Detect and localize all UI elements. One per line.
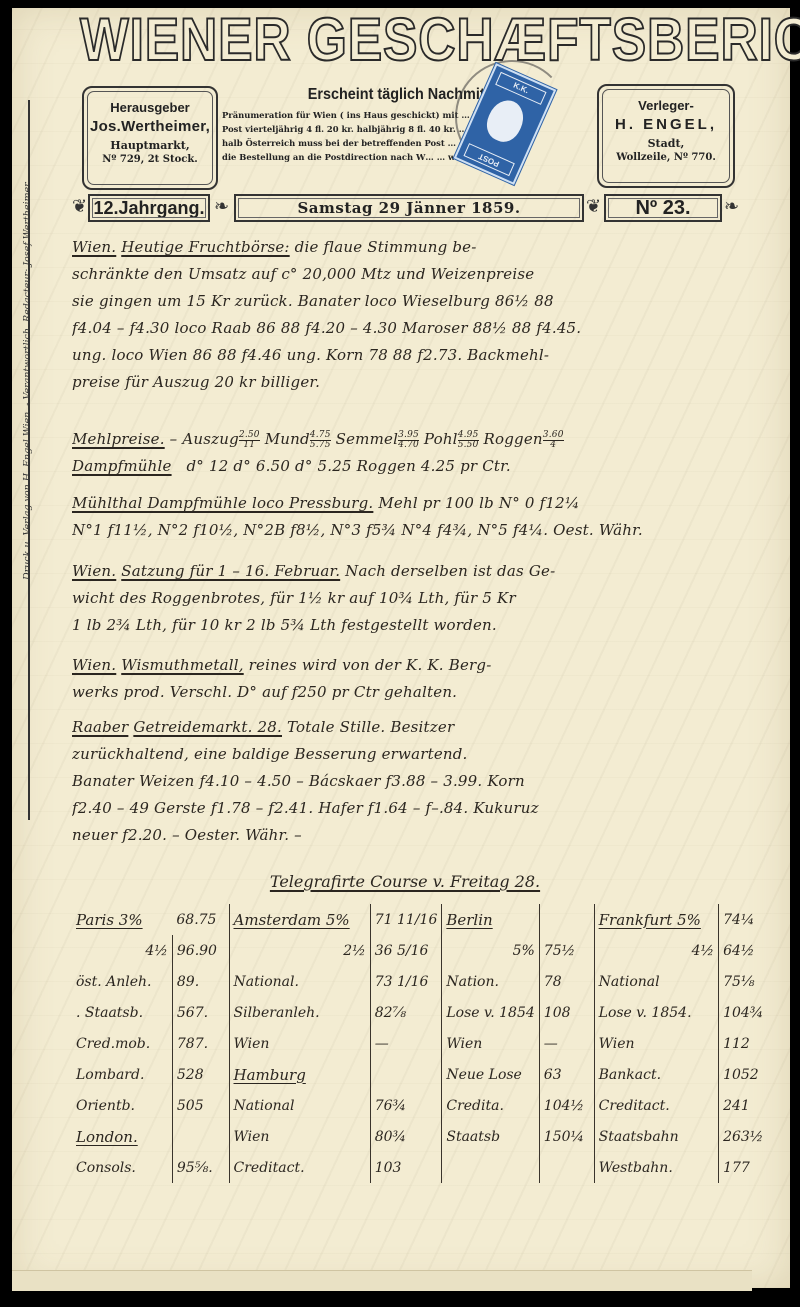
editor-name: H. ENGEL,: [599, 116, 733, 133]
section-heading: Mühlthal Dampfmühle loco Pressburg.: [72, 494, 373, 512]
security-name: Credita.: [442, 1090, 539, 1121]
security-name: Creditact.: [229, 1152, 370, 1183]
security-rate: 63: [539, 1059, 594, 1090]
table-row: . Staatsb.567.Silberanleh.82⅞Lose v. 185…: [72, 997, 772, 1028]
security-rate: 528: [172, 1059, 229, 1090]
security-name: Lose v. 1854.: [594, 997, 718, 1028]
security-rate: 95⅝.: [172, 1152, 229, 1183]
security-name: Wien: [442, 1028, 539, 1059]
security-rate: 112: [719, 1028, 772, 1059]
security-name: 2½: [229, 935, 370, 966]
security-rate: 505: [172, 1090, 229, 1121]
security-rate: 104¾: [719, 997, 772, 1028]
table-row: 4½96.902½36 5/165%75½4½64½: [72, 935, 772, 966]
price-fraction: 4.755.75: [310, 431, 331, 450]
report-line: ung. loco Wien 86 88 f4.46 ung. Korn 78 …: [72, 342, 772, 369]
editor-label: Verleger-: [599, 98, 733, 113]
security-name: Lose v. 1854: [442, 997, 539, 1028]
editor-box: Verleger- H. ENGEL, Stadt, Wollzeile, Nº…: [597, 84, 735, 188]
security-name: Cred.mob.: [72, 1028, 172, 1059]
security-rate: 104½: [539, 1090, 594, 1121]
stamp-portrait-icon: [481, 95, 529, 147]
security-rate: 80¾: [370, 1121, 442, 1152]
security-rate: 71 11/16: [370, 904, 442, 935]
security-rate: 1052: [719, 1059, 772, 1090]
report-line: f4.04 – f4.30 loco Raab 86 88 f4.20 – 4.…: [72, 315, 772, 342]
price-fraction: 3.954.70: [398, 431, 419, 450]
table-row: Orientb.505National76¾Credita.104½Credit…: [72, 1090, 772, 1121]
price-label: Roggen: [484, 430, 543, 448]
security-name: Berlin: [442, 904, 539, 935]
editor-address-1: Stadt,: [599, 137, 733, 150]
report-line: Banater Weizen f4.10 – 4.50 – Bácskaer f…: [72, 768, 772, 795]
security-name: Hamburg: [229, 1059, 370, 1090]
security-rate: 36 5/16: [370, 935, 442, 966]
section-heading: Satzung für 1 – 16. Februar.: [121, 562, 340, 580]
security-rate: 75½: [539, 935, 594, 966]
security-rate: 787.: [172, 1028, 229, 1059]
report-fruchtboerse: Wien. Heutige Fruchtbörse: die flaue Sti…: [72, 234, 772, 396]
security-rate: —: [539, 1028, 594, 1059]
security-rate: 82⅞: [370, 997, 442, 1028]
ornament-icon: ❧: [724, 196, 739, 217]
price-label: Mund: [265, 430, 310, 448]
security-rate: 75⅛: [719, 966, 772, 997]
section-heading: Mehlpreise.: [72, 430, 165, 448]
paper-fold: [12, 1270, 752, 1291]
security-rate: [539, 1152, 594, 1183]
section-heading: Heutige Fruchtbörse:: [121, 238, 289, 256]
security-rate: 96.90: [172, 935, 229, 966]
security-rate: [172, 1121, 229, 1152]
masthead-title: WIENER GESCHÆFTSBERICHT.: [80, 6, 665, 74]
security-rate: 150¼: [539, 1121, 594, 1152]
security-name: Lombard.: [72, 1059, 172, 1090]
ornament-icon: ❦: [586, 196, 601, 217]
table-row: Consols.95⅝.Creditact.103Westbahn.177: [72, 1152, 772, 1183]
report-wismuth: Wien. Wismuthmetall, reines wird von der…: [72, 652, 772, 706]
section-heading: Wismuthmetall,: [121, 656, 243, 674]
security-rate: 74¼: [719, 904, 772, 935]
ornament-icon: ❧: [214, 196, 229, 217]
report-line: d° 12 d° 6.50 d° 5.25 Roggen 4.25 pr Ctr…: [186, 457, 510, 475]
security-rate: [370, 1059, 442, 1090]
security-name: Amsterdam 5%: [229, 904, 370, 935]
security-rate: 263½: [719, 1121, 772, 1152]
telegraph-title: Telegrafirte Course v. Freitag 28.: [230, 872, 580, 891]
security-rate: 64½: [719, 935, 772, 966]
publisher-address-1: Hauptmarkt,: [84, 139, 216, 152]
report-line: die flaue Stimmung be-: [295, 238, 477, 256]
security-name: Staatsb: [442, 1121, 539, 1152]
issue-bar: ❦ 12.Jahrgang. ❧ Samstag 29 Jänner 1859.…: [0, 194, 800, 226]
exchange-rates-table: Paris 3%68.75Amsterdam 5%71 11/16BerlinF…: [72, 904, 772, 1183]
security-name: öst. Anleh.: [72, 966, 172, 997]
security-name: Frankfurt 5%: [594, 904, 718, 935]
security-rate: [539, 904, 594, 935]
ornament-icon: ❦: [72, 196, 87, 217]
issue-date: Samstag 29 Jänner 1859.: [234, 194, 584, 222]
security-name: National: [594, 966, 718, 997]
price-label: Pohl: [424, 430, 458, 448]
price-fraction: 3.604: [543, 431, 564, 450]
security-name: Nation.: [442, 966, 539, 997]
security-name: Neue Lose: [442, 1059, 539, 1090]
section-city: Wien.: [72, 562, 116, 580]
volume-label: 12.Jahrgang.: [88, 194, 210, 222]
table-row: Cred.mob.787.Wien—Wien—Wien112: [72, 1028, 772, 1059]
security-name: Creditact.: [594, 1090, 718, 1121]
security-name: [442, 1152, 539, 1183]
security-name: Consols.: [72, 1152, 172, 1183]
report-line: werks prod. Verschl. D° auf f250 pr Ctr …: [72, 679, 772, 706]
security-name: . Staatsb.: [72, 997, 172, 1028]
security-name: National: [229, 1090, 370, 1121]
security-rate: 73 1/16: [370, 966, 442, 997]
security-name: Silberanleh.: [229, 997, 370, 1028]
section-heading: Getreidemarkt. 28.: [133, 718, 282, 736]
price-label: Semmel: [336, 430, 398, 448]
security-rate: —: [370, 1028, 442, 1059]
security-name: 4½: [72, 935, 172, 966]
issue-number: Nº 23.: [604, 194, 722, 222]
report-line: schränkte den Umsatz auf c° 20,000 Mtz u…: [72, 261, 772, 288]
security-name: Staatsbahn: [594, 1121, 718, 1152]
report-line: Totale Stille. Besitzer: [287, 718, 454, 736]
editor-address-2: Wollzeile, Nº 770.: [599, 152, 733, 163]
report-mehlpreise: Mehlpreise. – Auszug2.5011 Mund4.755.75 …: [72, 426, 772, 480]
security-name: 5%: [442, 935, 539, 966]
report-satzung: Wien. Satzung für 1 – 16. Februar. Nach …: [72, 558, 772, 639]
report-line: reines wird von der K. K. Berg-: [249, 656, 492, 674]
security-name: Wien: [229, 1121, 370, 1152]
security-name: Wien: [229, 1028, 370, 1059]
security-rate: 241: [719, 1090, 772, 1121]
table-row: London.Wien80¾Staatsb150¼Staatsbahn263½: [72, 1121, 772, 1152]
section-city: Wien.: [72, 238, 116, 256]
price-fraction: 2.5011: [239, 431, 260, 450]
security-rate: 76¾: [370, 1090, 442, 1121]
security-name: London.: [72, 1121, 172, 1152]
security-rate: 567.: [172, 997, 229, 1028]
report-raab: Raaber Getreidemarkt. 28. Totale Stille.…: [72, 714, 772, 849]
security-rate: 89.: [172, 966, 229, 997]
security-name: Bankact.: [594, 1059, 718, 1090]
report-line: sie gingen um 15 Kr zurück. Banater loco…: [72, 288, 772, 315]
security-name: National.: [229, 966, 370, 997]
report-line: f2.40 – 49 Gerste f1.78 – f2.41. Hafer f…: [72, 795, 772, 822]
report-line: preise für Auszug 20 kr billiger.: [72, 369, 772, 396]
security-rate: 108: [539, 997, 594, 1028]
price-fraction: 4.955.50: [458, 431, 479, 450]
security-rate: 78: [539, 966, 594, 997]
security-name: Orientb.: [72, 1090, 172, 1121]
section-heading: Dampfmühle: [72, 457, 172, 475]
publisher-box: Herausgeber Jos.Wertheimer, Hauptmarkt, …: [82, 86, 218, 190]
report-line: Nach derselben ist das Ge-: [345, 562, 555, 580]
table-row: Paris 3%68.75Amsterdam 5%71 11/16BerlinF…: [72, 904, 772, 935]
report-muehlthal: Mühlthal Dampfmühle loco Pressburg. Mehl…: [72, 490, 772, 544]
security-rate: 177: [719, 1152, 772, 1183]
security-rate: 68.75: [172, 904, 229, 935]
table-row: öst. Anleh.89.National.73 1/16Nation.78N…: [72, 966, 772, 997]
publisher-label: Herausgeber: [84, 100, 216, 115]
report-line: neuer f2.20. – Oester. Währ. –: [72, 822, 772, 849]
report-line: N°1 f11½, N°2 f10½, N°2B f8½, N°3 f5¾ N°…: [72, 517, 772, 544]
publisher-address-2: Nº 729, 2t Stock.: [84, 154, 216, 165]
publisher-name: Jos.Wertheimer,: [84, 118, 216, 135]
security-name: 4½: [594, 935, 718, 966]
report-line: zurückhaltend, eine baldige Besserung er…: [72, 741, 772, 768]
security-rate: 103: [370, 1152, 442, 1183]
report-line: Mehl pr 100 lb N° 0 f12¼: [378, 494, 579, 512]
section-city: Wien.: [72, 656, 116, 674]
security-name: Westbahn.: [594, 1152, 718, 1183]
report-line: 1 lb 2¾ Lth, für 10 kr 2 lb 5¾ Lth festg…: [72, 612, 772, 639]
report-line: wicht des Roggenbrotes, für 1½ kr auf 10…: [72, 585, 772, 612]
security-name: Paris 3%: [72, 904, 172, 935]
section-city: Raaber: [72, 718, 128, 736]
table-row: Lombard.528HamburgNeue Lose63Bankact.105…: [72, 1059, 772, 1090]
security-name: Wien: [594, 1028, 718, 1059]
price-label: – Auszug: [170, 430, 239, 448]
